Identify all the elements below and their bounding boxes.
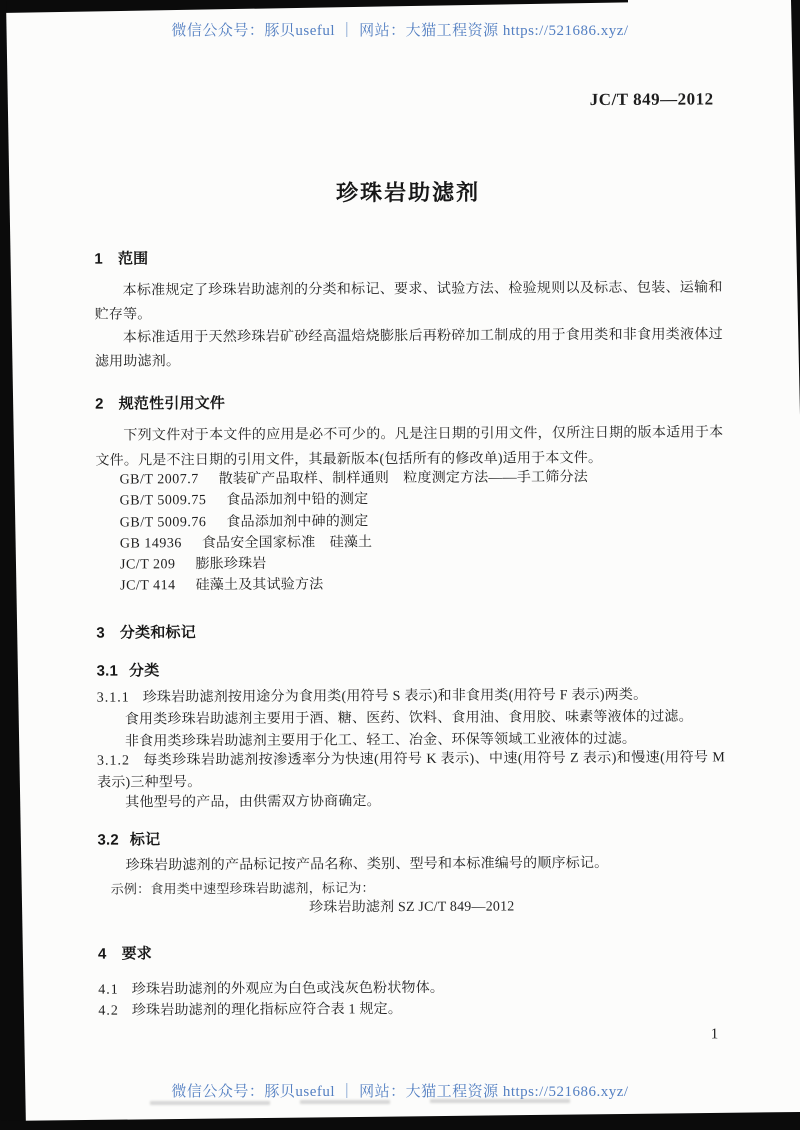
reference-item: GB/T 5009.75食品添加剂中铅的测定	[120, 488, 700, 512]
reference-title: 硅藻土及其试验方法	[196, 578, 324, 594]
reference-item: GB/T 2007.7散装矿产品取样、制样通则 粒度测定方法——手工筛分法	[119, 466, 699, 490]
section-title: 要求	[122, 945, 152, 962]
clause-text: 每类珍珠岩助滤剂按渗透率分为快速(用符号 K 表示)、中速(用符号 Z 表示)和…	[97, 750, 725, 790]
section-title: 标记	[130, 831, 160, 848]
scan-smudge	[300, 1100, 390, 1104]
section-3-heading: 3分类和标记	[96, 621, 196, 643]
scope-paragraph-2: 本标准适用于天然珍珠岩矿砂经高温焙烧膨胀后再粉碎加工制成的用于食用类和非食用类液…	[95, 323, 723, 374]
section-2-heading: 2规范性引用文件	[95, 392, 225, 414]
section-3-2-heading: 3.2标记	[97, 828, 160, 849]
clause-number: 3.1.1	[97, 690, 130, 705]
clause-4-2: 4.2珍珠岩助滤剂的理化指标应符合表 1 规定。	[98, 997, 726, 1022]
reference-title: 食品安全国家标准 硅藻土	[202, 535, 372, 551]
section-number: 2	[95, 396, 104, 413]
reference-item: GB/T 5009.76食品添加剂中砷的测定	[120, 509, 700, 533]
reference-code: GB/T 5009.75	[120, 493, 207, 508]
other-models-paragraph: 其他型号的产品，由供需双方协商确定。	[97, 789, 725, 814]
marking-paragraph: 珍珠岩助滤剂的产品标记按产品名称、类别、型号和本标准编号的顺序标记。	[98, 852, 726, 877]
scan-edge-right	[791, 0, 800, 415]
reference-code: JC/T 414	[120, 579, 176, 594]
section-number: 4	[98, 946, 107, 963]
reference-title: 散装矿产品取样、制样通则 粒度测定方法——手工筛分法	[219, 470, 588, 487]
references-intro: 下列文件对于本文件的应用是必不可少的。凡是注日期的引用文件，仅所注日期的版本适用…	[95, 420, 723, 473]
clause-text: 珍珠岩助滤剂的外观应为白色或浅灰色粉状物体。	[132, 981, 444, 998]
reference-title: 食品添加剂中砷的测定	[226, 514, 368, 530]
section-title: 范围	[118, 250, 148, 267]
section-title: 分类和标记	[120, 624, 196, 641]
reference-title: 膨胀珍珠岩	[195, 557, 266, 572]
reference-item: JC/T 414硅藻土及其试验方法	[120, 573, 700, 597]
reference-code: JC/T 209	[120, 557, 176, 572]
reference-code: GB 14936	[120, 536, 182, 551]
clause-text: 珍珠岩助滤剂按用途分为食用类(用符号 S 表示)和非食用类(用符号 F 表示)两…	[143, 688, 648, 706]
reference-item: JC/T 209膨胀珍珠岩	[120, 552, 700, 576]
section-title: 规范性引用文件	[119, 395, 225, 413]
clause-number: 4.2	[98, 1004, 119, 1019]
reference-code: GB/T 5009.76	[120, 515, 207, 530]
scan-smudge	[150, 1101, 270, 1105]
clause-3-1-2: 3.1.2每类珍珠岩助滤剂按渗透率分为快速(用符号 K 表示)、中速(用符号 Z…	[97, 747, 725, 794]
scope-paragraph-1: 本标准规定了珍珠岩助滤剂的分类和标记、要求、试验方法、检验规则以及标志、包装、运…	[95, 276, 723, 327]
section-3-1-heading: 3.1分类	[96, 659, 159, 680]
section-number: 3	[96, 625, 105, 642]
watermark-top: 微信公众号：豚贝useful ｜ 网站：大猫工程资源 https://52168…	[0, 19, 800, 40]
clause-number: 4.1	[98, 983, 119, 998]
section-1-heading: 1范围	[94, 247, 148, 268]
scan-smudge	[430, 1099, 570, 1103]
reference-code: GB/T 2007.7	[120, 472, 199, 487]
reference-item: GB 14936食品安全国家标准 硅藻土	[120, 530, 700, 554]
example-designation: 珍珠岩助滤剂 SZ JC/T 849—2012	[98, 894, 726, 917]
standard-number: JC/T 849—2012	[590, 89, 714, 110]
document-content: JC/T 849—2012 珍珠岩助滤剂 1范围 本标准规定了珍珠岩助滤剂的分类…	[93, 0, 727, 1130]
scan-edge-left	[0, 0, 26, 1130]
clause-text: 珍珠岩助滤剂的理化指标应符合表 1 规定。	[132, 1002, 402, 1018]
reference-list: GB/T 2007.7散装矿产品取样、制样通则 粒度测定方法——手工筛分法 GB…	[119, 466, 700, 597]
page-number: 1	[711, 1026, 719, 1043]
document-title: 珍珠岩助滤剂	[94, 174, 722, 208]
scanned-standard-page: 微信公众号：豚贝useful ｜ 网站：大猫工程资源 https://52168…	[0, 0, 800, 1130]
section-4-heading: 4要求	[98, 942, 152, 963]
section-number: 3.2	[97, 832, 119, 849]
section-number: 1	[94, 251, 103, 268]
reference-title: 食品添加剂中铅的测定	[226, 493, 368, 509]
clause-number: 3.1.2	[97, 753, 130, 768]
clause-group-3-1: 3.1.1珍珠岩助滤剂按用途分为食用类(用符号 S 表示)和非食用类(用符号 F…	[97, 684, 725, 753]
section-title: 分类	[129, 662, 159, 679]
section-number: 3.1	[97, 663, 119, 680]
watermark-bottom: 微信公众号：豚贝useful ｜ 网站：大猫工程资源 https://52168…	[0, 1080, 800, 1101]
